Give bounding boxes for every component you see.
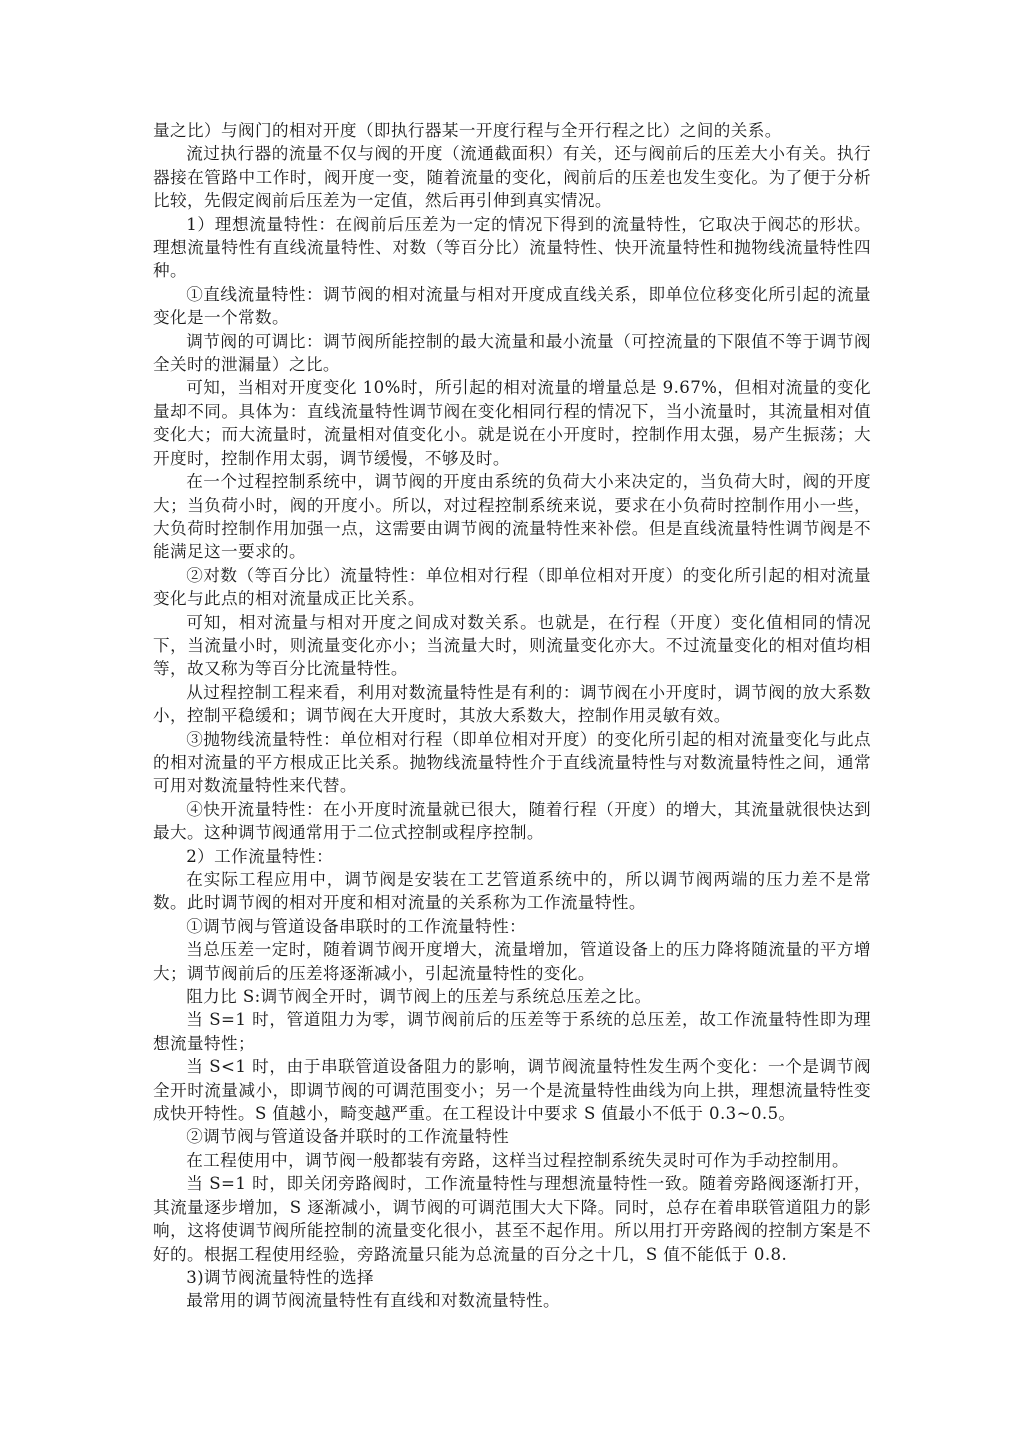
paragraph-quick-opening-flow: ④快开流量特性：在小开度时流量就已很大，随着行程（开度）的增大，其流量就很快达到… xyxy=(153,798,871,845)
paragraph-log-relationship: 可知，相对流量与相对开度之间成对数关系。也就是，在行程（开度）变化值相同的情况下… xyxy=(153,611,871,681)
paragraph-s-equals-one: 当 S=1 时，管道阻力为零，调节阀前后的压差等于系统的总压差，故工作流量特性即… xyxy=(153,1008,871,1055)
paragraph-resistance-ratio: 阻力比 S:调节阀全开时，调节阀上的压差与系统总压差之比。 xyxy=(153,985,871,1008)
paragraph-log-advantage: 从过程控制工程来看，利用对数流量特性是有利的：调节阀在小开度时，调节阀的放大系数… xyxy=(153,681,871,728)
heading-working-flow-characteristic: 2）工作流量特性： xyxy=(153,845,871,868)
paragraph-linear-analysis: 可知，当相对开度变化 10%时，所引起的相对流量的增量总是 9.67%，但相对流… xyxy=(153,376,871,470)
paragraph-s-less-than-one: 当 S<1 时，由于串联管道设备阻力的影响，调节阀流量特性发生两个变化：一个是调… xyxy=(153,1055,871,1125)
paragraph-equal-percentage-flow: ②对数（等百分比）流量特性：单位相对行程（即单位相对开度）的变化所引起的相对流量… xyxy=(153,564,871,611)
paragraph-flow-pressure-intro: 流过执行器的流量不仅与阀的开度（流通截面积）有关，还与阀前后的压差大小有关。执行… xyxy=(153,142,871,212)
paragraph-working-flow-definition: 在实际工程应用中，调节阀是安装在工艺管道系统中的，所以调节阀两端的压力差不是常数… xyxy=(153,868,871,915)
paragraph-parabolic-flow: ③抛物线流量特性：单位相对行程（即单位相对开度）的变化所引起的相对流量变化与此点… xyxy=(153,728,871,798)
heading-series-connection: ①调节阀与管道设备串联时的工作流量特性： xyxy=(153,915,871,938)
document-body: 量之比）与阀门的相对开度（即执行器某一开度行程与全开行程之比）之间的关系。 流过… xyxy=(153,119,871,1313)
paragraph-series-pressure: 当总压差一定时，随着调节阀开度增大，流量增加，管道设备上的压力降将随流量的平方增… xyxy=(153,938,871,985)
heading-parallel-connection: ②调节阀与管道设备并联时的工作流量特性 xyxy=(153,1125,871,1148)
paragraph-continuation: 量之比）与阀门的相对开度（即执行器某一开度行程与全开行程之比）之间的关系。 xyxy=(153,119,871,142)
paragraph-rangeability: 调节阀的可调比：调节阀所能控制的最大流量和最小流量（可控流量的下限值不等于调节阀… xyxy=(153,330,871,377)
paragraph-linear-flow: ①直线流量特性：调节阀的相对流量与相对开度成直线关系，即单位位移变化所引起的流量… xyxy=(153,283,871,330)
paragraph-bypass-analysis: 当 S=1 时，即关闭旁路阀时，工作流量特性与理想流量特性一致。随着旁路阀逐渐打… xyxy=(153,1172,871,1266)
paragraph-ideal-flow-characteristic: 1）理想流量特性：在阀前后压差为一定的情况下得到的流量特性，它取决于阀芯的形状。… xyxy=(153,213,871,283)
paragraph-bypass-usage: 在工程使用中，调节阀一般都装有旁路，这样当过程控制系统失灵时可作为手动控制用。 xyxy=(153,1149,871,1172)
heading-flow-characteristic-selection: 3)调节阀流量特性的选择 xyxy=(153,1266,871,1289)
paragraph-load-requirement: 在一个过程控制系统中，调节阀的开度由系统的负荷大小来决定的，当负荷大时，阀的开度… xyxy=(153,470,871,564)
paragraph-common-characteristics: 最常用的调节阀流量特性有直线和对数流量特性。 xyxy=(153,1289,871,1312)
